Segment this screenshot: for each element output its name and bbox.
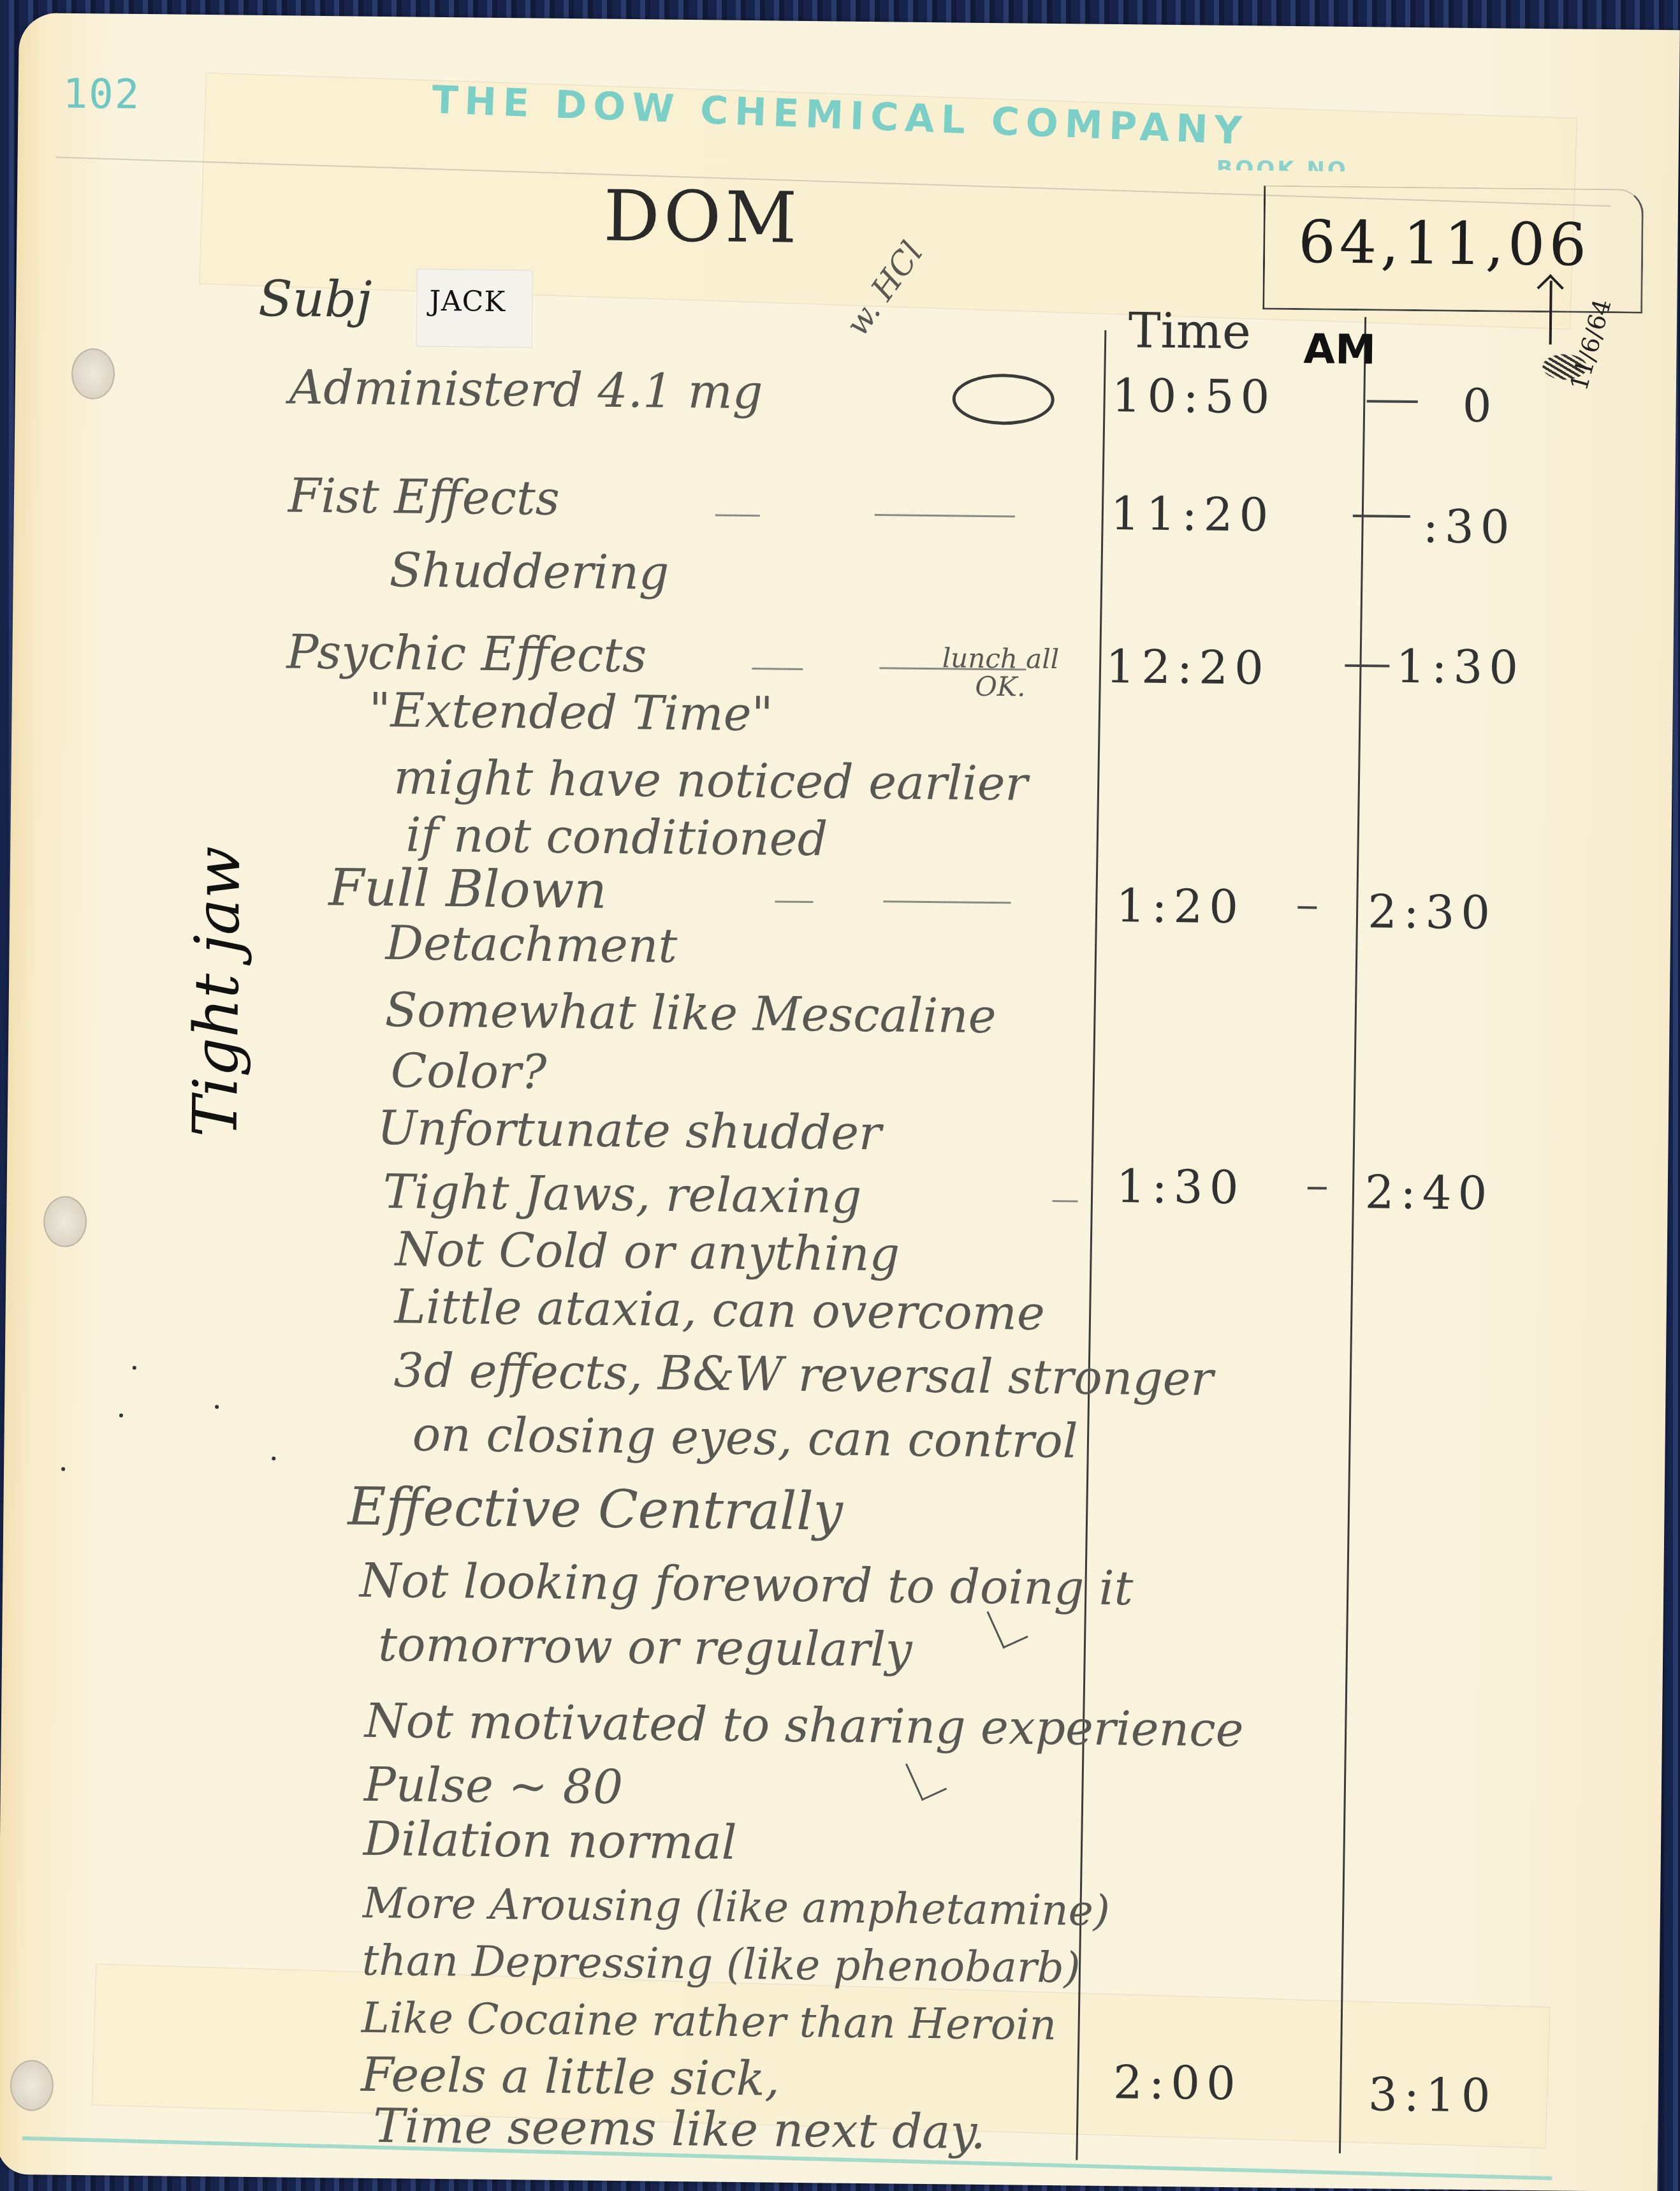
entry-dash [715, 514, 760, 517]
entry-text: than Depressing (like phenobarb) [362, 1936, 1081, 1993]
entry-elapsed: 1:30 [1396, 640, 1525, 694]
notebook-page: 102 THE DOW CHEMICAL COMPANY BOOK NO. DO… [0, 13, 1680, 2191]
am-header: AM [1303, 326, 1376, 374]
entry-text: "Extended Time" [369, 683, 773, 742]
entry-clock: 12:20 [1106, 640, 1270, 695]
entry-text: Somewhat like Mescaline [384, 983, 997, 1044]
entry-text: Psychic Effects [286, 624, 647, 683]
arrow-up-icon [1549, 281, 1552, 344]
stray-mark [133, 1366, 136, 1370]
entry-text: More Arousing (like amphetamine) [363, 1879, 1110, 1935]
entry-clock: 2:00 [1113, 2055, 1243, 2110]
entry-text: might have noticed earlier [393, 750, 1028, 811]
subject-label: Subj [258, 270, 372, 329]
entry-text: Not Cold or anything [395, 1222, 900, 1282]
entry-text: Shuddering [389, 543, 669, 601]
entry-text: tomorrow or regularly [378, 1617, 912, 1678]
entry-dash [1053, 1200, 1078, 1202]
entry-text: Little ataxia, can overcome [394, 1279, 1045, 1341]
entry-elapsed: :30 [1422, 499, 1516, 554]
check-mark-icon [905, 1753, 947, 1801]
entry-dash [883, 900, 1011, 904]
page-number: 102 [62, 71, 140, 119]
entry-text: on closing eyes, can control [412, 1407, 1078, 1469]
entry-dash [752, 668, 803, 670]
entry-text: Like Cocaine rather than Heroin [362, 1993, 1057, 2049]
entry-text: Not looking foreword to doing it [360, 1553, 1134, 1616]
entry-text: Not motivated to sharing experience [365, 1694, 1244, 1757]
entry-dash [875, 514, 1015, 517]
stray-mark [272, 1456, 275, 1460]
entry-text: Administerd 4.1 mg [289, 360, 763, 420]
entry-text: Detachment [385, 916, 677, 974]
entry-clock: 10:50 [1111, 369, 1276, 424]
time-column-divider-right [1339, 317, 1366, 2153]
entry-text: Full Blown [328, 858, 607, 920]
punch-hole-top [71, 348, 115, 400]
entry-elapsed: 2:40 [1364, 1165, 1494, 1220]
margin-note: Tight jaw [180, 846, 254, 1137]
entry-text: Pulse ~ 80 [363, 1757, 623, 1815]
entry-dash [775, 900, 813, 903]
entry-clock: 11:20 [1110, 487, 1275, 542]
entry-text: Color? [390, 1043, 546, 1100]
entry-text: Tight Jaws, relaxing [383, 1164, 862, 1224]
stray-mark [61, 1467, 65, 1471]
entry-clock: 1:20 [1116, 879, 1245, 934]
entry-clock: 1:30 [1116, 1159, 1245, 1214]
entry-text: if not conditioned [405, 807, 828, 867]
entry-elapsed: 0 [1462, 379, 1498, 433]
entry-dash [1367, 400, 1418, 403]
entry-elapsed: 2:30 [1368, 884, 1497, 939]
stray-mark [215, 1405, 219, 1409]
entry-dash [1308, 1187, 1327, 1189]
entry-dash [1345, 664, 1389, 668]
entry-elapsed: 3:10 [1368, 2067, 1497, 2122]
stray-mark [119, 1414, 123, 1418]
entry-text: Unfortunate shudder [377, 1101, 882, 1161]
entry-text: Dilation normal [363, 1812, 737, 1870]
punch-hole-bottom [10, 2060, 54, 2111]
subject-name: JACK [429, 285, 506, 318]
entry-dash [1297, 906, 1317, 909]
book-no-label: BOOK NO. [1216, 156, 1359, 172]
entry-text: 3d effects, B&W reversal stronger [393, 1343, 1213, 1406]
book-number: 64,11,06 [1298, 208, 1591, 279]
entry-aside: lunch all OK. [937, 644, 1065, 701]
punch-hole-middle [43, 1196, 87, 1248]
page-title: DOM [603, 175, 801, 259]
entry-text: Effective Centrally [347, 1477, 843, 1542]
time-column-header: Time [1128, 302, 1251, 360]
entry-text: Fist Effects [288, 468, 560, 525]
circled-mark-icon [952, 373, 1055, 425]
entry-text: Feels a little sick, [361, 2048, 780, 2107]
